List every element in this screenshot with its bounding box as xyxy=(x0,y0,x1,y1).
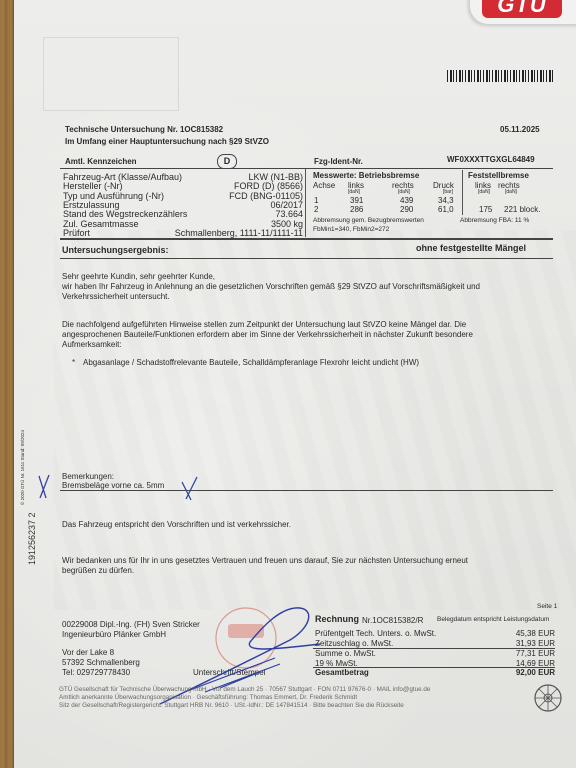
wheel-seal-icon xyxy=(533,683,563,713)
invoice-line-value: 45,38 EUR xyxy=(516,629,555,639)
handwritten-cross-marks xyxy=(36,472,206,502)
field-label: Prüfort xyxy=(63,228,90,238)
thanks-line-1: Wir bedanken uns für Ihr in uns gesetzte… xyxy=(62,556,468,565)
vin-value: WF0XXXTTGXGL64849 xyxy=(447,155,535,164)
report-title: Technische Untersuchung Nr. 1OC815382 xyxy=(65,125,223,134)
report-date: 05.11.2025 xyxy=(500,125,540,134)
invoice-line-value: 31,93 EUR xyxy=(516,639,555,649)
vehicle-field-row: PrüfortSchmallenberg, 1111-11/1111-11 xyxy=(63,228,303,238)
thanks-line-2: begrüßen zu dürfen. xyxy=(62,566,134,575)
hint-line-1: Die nachfolgend aufgeführten Hinweise st… xyxy=(62,320,466,329)
bullet-marker: * xyxy=(72,358,75,367)
invoice-number: Nr.1OC815382/R xyxy=(362,616,423,625)
invoice-line: Zeitzuschlag o. MwSt.31,93 EUR xyxy=(315,639,555,649)
unit-parking-right: [daN] xyxy=(505,189,517,195)
intro-line-1: wir haben Ihr Fahrzeug in Anlehnung an d… xyxy=(62,282,480,291)
country-code-badge: D xyxy=(217,154,237,169)
invoice-title: Rechnung xyxy=(315,614,359,624)
brake-pressure-cell: 34,3 xyxy=(438,196,454,205)
vin-label: Fzg-Ident-Nr. xyxy=(314,157,363,166)
page-number: Seite 1 xyxy=(537,603,557,610)
footer-line-2: Amtlich anerkannte Überwachungsorganisat… xyxy=(59,694,357,701)
report-subtitle: Im Umfang einer Hauptuntersuchung nach §… xyxy=(65,137,269,146)
hint-item: Abgasanlage / Schadstoffrelevante Bautei… xyxy=(83,358,419,367)
brake-note: Abbremsung gem. Bezugbremswerten xyxy=(313,217,424,224)
hint-line-3: Aufmerksamkeit: xyxy=(62,340,122,349)
greeting: Sehr geehrte Kundin, sehr geehrter Kunde… xyxy=(62,272,215,281)
parking-left-value: 175 xyxy=(479,205,492,214)
plate-label: Amtl. Kennzeichen xyxy=(65,157,137,166)
brake-right-cell: 439 xyxy=(400,196,413,205)
service-brake-title: Messwerte: Betriebsbremse xyxy=(313,171,419,180)
side-copyright: © 2020 GTÜ Nr. 1611 Stand: 09/2024 xyxy=(20,430,25,505)
invoice-line-label: Prüfentgelt Tech. Unters. o. MwSt. xyxy=(315,629,436,639)
inspector-city: 57392 Schmallenberg xyxy=(62,658,140,667)
result-label: Untersuchungsergebnis: xyxy=(62,245,169,255)
invoice-total-row: Gesamtbetrag 92,00 EUR xyxy=(315,668,555,678)
total-value: 92,00 EUR xyxy=(516,668,555,678)
intro-line-2: Verkehrssicherheit untersucht. xyxy=(62,292,170,301)
invoice-line: Prüfentgelt Tech. Unters. o. MwSt.45,38 … xyxy=(315,629,555,639)
unit-pressure: [bar] xyxy=(443,189,453,195)
brake-right-cell: 290 xyxy=(400,205,413,214)
result-value: ohne festgestellte Mängel xyxy=(416,243,526,253)
inspector-street: Vor der Lake 8 xyxy=(62,648,114,657)
field-value: Schmallenberg, 1111-11/1111-11 xyxy=(175,228,303,238)
unit-parking-left: [daN] xyxy=(478,189,490,195)
unit-right: [daN] xyxy=(398,189,410,195)
side-serial: 191256237 2 xyxy=(27,512,37,565)
barcode-icon xyxy=(447,70,555,82)
brake-axle-cell: 2 xyxy=(314,205,318,214)
address-window xyxy=(43,37,179,111)
invoice-line: Summe o. MwSt.77,31 EUR xyxy=(315,649,555,659)
parking-right-value: 221 block. xyxy=(504,205,540,214)
hint-line-2: angesprochenen Bauteile/Funktionen erfor… xyxy=(62,330,473,339)
brake-axle-cell: 1 xyxy=(314,196,318,205)
footer-line-1: GTÜ Gesellschaft für Technische Überwach… xyxy=(59,686,430,693)
brake-left-cell: 286 xyxy=(350,205,363,214)
inspector-phone: Tel: 029729778430 xyxy=(62,668,130,677)
brake-pressure-cell: 61,0 xyxy=(438,205,454,214)
col-axle: Achse xyxy=(313,181,335,190)
footer-line-3: Sitz der Gesellschaft/Registergericht: S… xyxy=(59,702,404,709)
parking-brake-title: Feststellbremse xyxy=(468,171,529,180)
invoice-date-note: Belegdatum entspricht Leistungsdatum xyxy=(437,616,549,623)
conclusion: Das Fahrzeug entspricht den Vorschriften… xyxy=(62,520,291,529)
parking-fba: Abbremsung FBA: 11 % xyxy=(460,217,529,224)
brake-left-cell: 391 xyxy=(350,196,363,205)
invoice-line-label: Zeitzuschlag o. MwSt. xyxy=(315,639,393,649)
invoice-line-label: Summe o. MwSt. xyxy=(315,649,376,659)
gtue-logo: GTÜ xyxy=(482,0,562,18)
brake-min-values: FbMin1=340, FbMin2=272 xyxy=(313,226,389,233)
total-label: Gesamtbetrag xyxy=(315,668,369,678)
unit-left: [daN] xyxy=(348,189,360,195)
invoice-line-value: 77,31 EUR xyxy=(516,649,555,659)
